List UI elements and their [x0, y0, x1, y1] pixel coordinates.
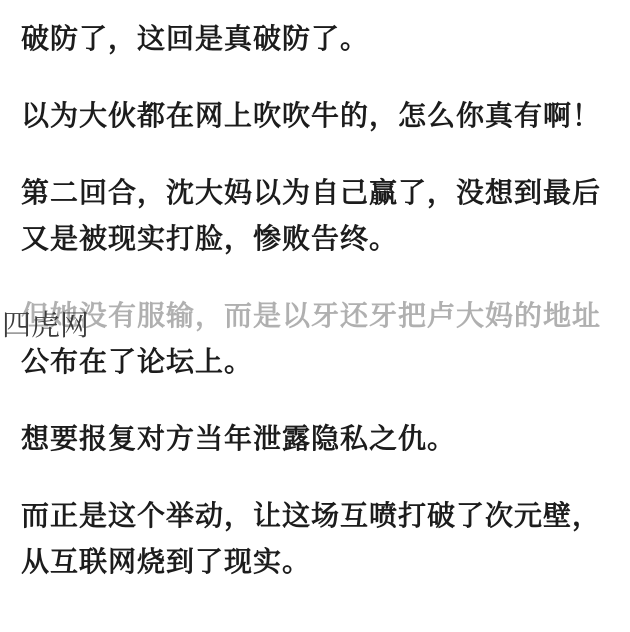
paragraph: 破防了，这回是真破防了。 — [21, 16, 612, 62]
paragraph: 以为大伙都在网上吹吹牛的，怎么你真有啊！ — [21, 93, 612, 139]
site-watermark: 四虎网 — [2, 306, 89, 346]
text-line: 公布在了论坛上。 — [21, 339, 612, 385]
paragraph: 而正是这个举动，让这场互喷打破了次元壁， 从互联网烧到了现实。 — [21, 493, 612, 585]
text-line: 又是被现实打脸，惨败告终。 — [21, 216, 612, 262]
paragraph: 但她没有服输，而是以牙还牙把卢大妈的地址 公布在了论坛上。 — [21, 293, 612, 385]
article-text-block: 破防了，这回是真破防了。 以为大伙都在网上吹吹牛的，怎么你真有啊！ 第二回合，沈… — [0, 0, 630, 585]
paragraph: 想要报复对方当年泄露隐私之仇。 — [21, 416, 612, 462]
text-line: 第二回合，沈大妈以为自己赢了，没想到最后 — [21, 170, 612, 216]
text-line: 从互联网烧到了现实。 — [21, 539, 612, 585]
text-line: 以为大伙都在网上吹吹牛的，怎么你真有啊！ — [21, 93, 612, 139]
paragraph: 第二回合，沈大妈以为自己赢了，没想到最后 又是被现实打脸，惨败告终。 — [21, 170, 612, 262]
text-line-muted: 但她没有服输，而是以牙还牙把卢大妈的地址 — [21, 293, 612, 339]
text-line: 破防了，这回是真破防了。 — [21, 16, 612, 62]
text-line: 而正是这个举动，让这场互喷打破了次元壁， — [21, 493, 612, 539]
text-line: 想要报复对方当年泄露隐私之仇。 — [21, 416, 612, 462]
